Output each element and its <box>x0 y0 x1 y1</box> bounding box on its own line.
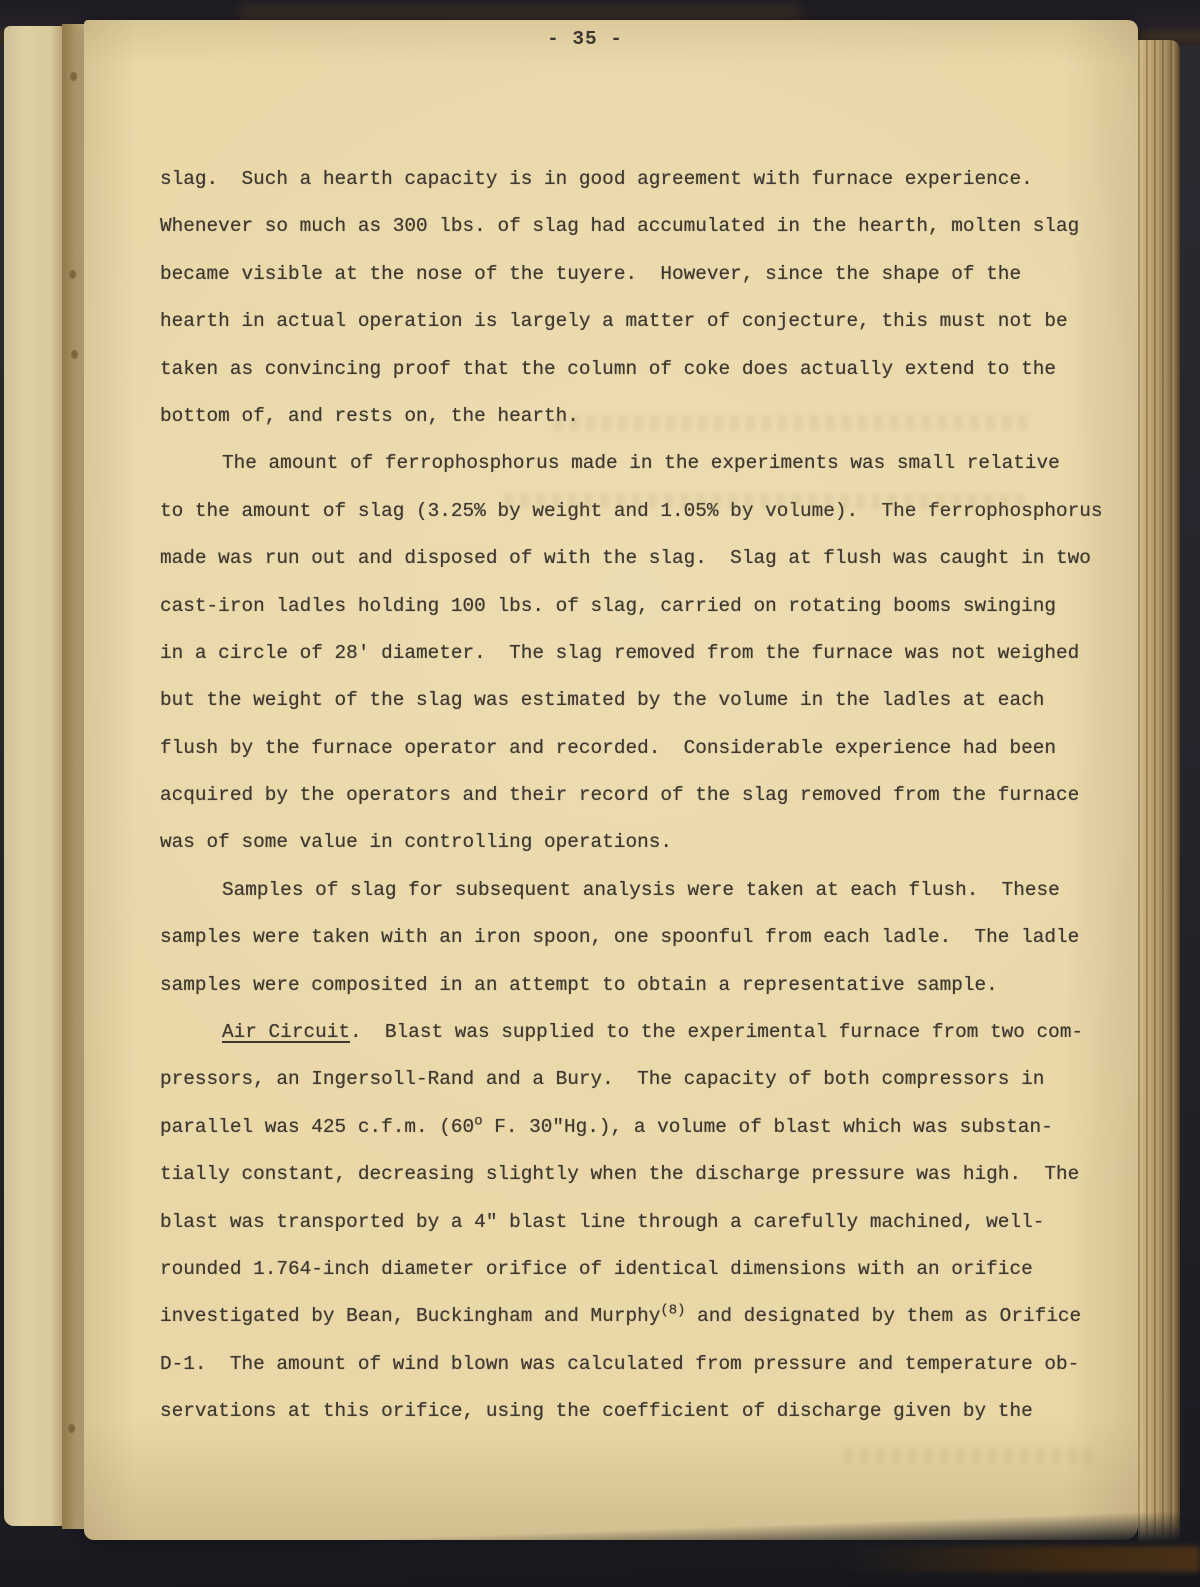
page-number: - 35 - <box>84 28 1138 50</box>
text-line: Whenever so much as 300 lbs. of slag had… <box>160 203 1140 250</box>
text-line: flush by the furnace operator and record… <box>160 725 1140 772</box>
text-segment: servations at this orifice, using the co… <box>160 1400 1033 1422</box>
stitch-mark <box>68 1424 75 1433</box>
text-segment: (8) <box>660 1303 685 1319</box>
text-line: Samples of slag for subsequent analysis … <box>160 867 1140 914</box>
text-segment: hearth in actual operation is largely a … <box>160 310 1068 332</box>
text-line: samples were composited in an attempt to… <box>160 962 1140 1009</box>
text-segment: taken as convincing proof that the colum… <box>160 358 1056 380</box>
text-segment: The amount of ferrophosphorus made in th… <box>222 452 1060 474</box>
text-line: made was run out and disposed of with th… <box>160 535 1140 582</box>
previous-page-edge <box>4 26 62 1526</box>
book-cover-bottom <box>0 1512 1200 1587</box>
text-line: investigated by Bean, Buckingham and Mur… <box>160 1293 1140 1340</box>
text-line: blast was transported by a 4" blast line… <box>160 1199 1140 1246</box>
text-line: rounded 1.764-inch diameter orifice of i… <box>160 1246 1140 1293</box>
page-edge-stack <box>1138 40 1180 1560</box>
text-line: cast-iron ladles holding 100 lbs. of sla… <box>160 583 1140 630</box>
text-segment: samples were composited in an attempt to… <box>160 974 998 996</box>
ink-ghosting <box>554 415 1034 430</box>
text-line: The amount of ferrophosphorus made in th… <box>160 440 1140 487</box>
document-page: - 35 - slag. Such a hearth capacity is i… <box>84 20 1138 1540</box>
text-segment: made was run out and disposed of with th… <box>160 547 1091 569</box>
text-segment: blast was transported by a 4" blast line… <box>160 1211 1044 1233</box>
text-line: taken as convincing proof that the colum… <box>160 346 1140 393</box>
text-segment: o <box>474 1113 482 1129</box>
text-segment: Whenever so much as 300 lbs. of slag had… <box>160 215 1079 237</box>
text-segment: investigated by Bean, Buckingham and Mur… <box>160 1305 660 1327</box>
ink-ghosting <box>844 1448 1094 1463</box>
text-segment: F. 30"Hg.), a volume of blast which was … <box>483 1116 1053 1138</box>
text-line: D-1. The amount of wind blown was calcul… <box>160 1341 1140 1388</box>
text-segment: was of some value in controlling operati… <box>160 831 672 853</box>
text-line: Air Circuit. Blast was supplied to the e… <box>160 1009 1140 1056</box>
stitch-mark <box>71 350 78 359</box>
text-segment: flush by the furnace operator and record… <box>160 737 1056 759</box>
text-segment: cast-iron ladles holding 100 lbs. of sla… <box>160 595 1056 617</box>
text-segment: rounded 1.764-inch diameter orifice of i… <box>160 1258 1033 1280</box>
gutter-fold-shadow <box>62 24 86 1529</box>
text-segment: Samples of slag for subsequent analysis … <box>222 879 1060 901</box>
text-segment: and designated by them as Orifice <box>686 1305 1082 1327</box>
stitch-mark <box>70 72 77 81</box>
text-segment: became visible at the nose of the tuyere… <box>160 263 1021 285</box>
text-segment: in a circle of 28' diameter. The slag re… <box>160 642 1079 664</box>
text-segment: slag. Such a hearth capacity is in good … <box>160 168 1033 190</box>
text-segment: pressors, an Ingersoll-Rand and a Bury. … <box>160 1068 1044 1090</box>
underlined-heading: Air Circuit <box>222 1021 350 1043</box>
text-line: parallel was 425 c.f.m. (60o F. 30"Hg.),… <box>160 1104 1140 1151</box>
text-segment: . Blast was supplied to the experimental… <box>350 1021 1083 1043</box>
text-line: samples were taken with an iron spoon, o… <box>160 914 1140 961</box>
text-segment: but the weight of the slag was estimated… <box>160 689 1044 711</box>
book-photograph: { "document": { "page_number_label": "- … <box>0 0 1200 1587</box>
text-segment: bottom of, and rests on, the hearth. <box>160 405 579 427</box>
page-body: slag. Such a hearth capacity is in good … <box>160 156 1140 1436</box>
text-line: hearth in actual operation is largely a … <box>160 298 1140 345</box>
text-line: slag. Such a hearth capacity is in good … <box>160 156 1140 203</box>
text-line: but the weight of the slag was estimated… <box>160 677 1140 724</box>
text-line: tially constant, decreasing slightly whe… <box>160 1151 1140 1198</box>
text-segment: D-1. The amount of wind blown was calcul… <box>160 1353 1079 1375</box>
ink-ghosting <box>504 494 1024 509</box>
stitch-mark <box>69 270 76 279</box>
text-line: became visible at the nose of the tuyere… <box>160 251 1140 298</box>
text-line: servations at this orifice, using the co… <box>160 1388 1140 1435</box>
text-line: acquired by the operators and their reco… <box>160 772 1140 819</box>
text-segment: samples were taken with an iron spoon, o… <box>160 926 1079 948</box>
text-segment: tially constant, decreasing slightly whe… <box>160 1163 1079 1185</box>
text-line: pressors, an Ingersoll-Rand and a Bury. … <box>160 1056 1140 1103</box>
text-line: in a circle of 28' diameter. The slag re… <box>160 630 1140 677</box>
text-line: was of some value in controlling operati… <box>160 819 1140 866</box>
text-segment: acquired by the operators and their reco… <box>160 784 1079 806</box>
text-segment: parallel was 425 c.f.m. (60 <box>160 1116 474 1138</box>
